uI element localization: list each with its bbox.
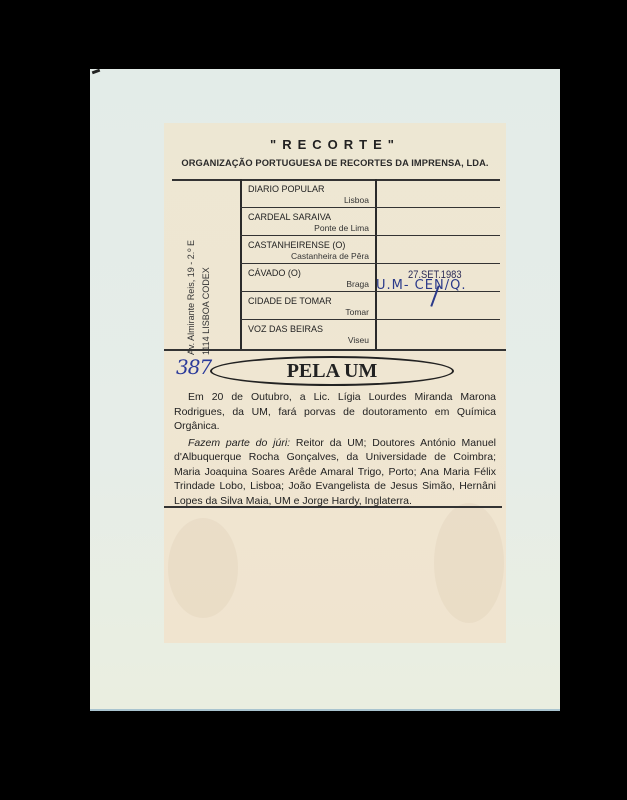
publication-city: Ponte de Lima bbox=[314, 223, 369, 233]
agency-title: "RECORTE" bbox=[164, 137, 506, 152]
publication-row: VOZ DAS BEIRAS Viseu bbox=[240, 320, 375, 348]
publication-name: VOZ DAS BEIRAS bbox=[248, 324, 323, 334]
publication-row: DIARIO POPULAR Lisboa bbox=[240, 180, 375, 208]
jury-lead: Fazem parte do júri: bbox=[188, 437, 290, 449]
publication-city: Viseu bbox=[348, 335, 369, 345]
publication-city: Castanheira de Pêra bbox=[291, 251, 369, 261]
paper-stain bbox=[434, 503, 504, 623]
handwritten-code: U.M- CEN/Q. bbox=[376, 278, 466, 293]
publication-name: DIARIO POPULAR bbox=[248, 184, 325, 194]
publication-name: CASTANHEIRENSE (O) bbox=[248, 240, 345, 250]
table-divider-right bbox=[375, 179, 377, 349]
publication-name: CARDEAL SARAIVA bbox=[248, 212, 331, 222]
agency-address: Av. Almirante Reis, 19 - 2.º E 1114 LISB… bbox=[184, 175, 224, 355]
publication-row: CARDEAL SARAIVA Ponte de Lima bbox=[240, 208, 375, 236]
publication-city: Lisboa bbox=[344, 195, 369, 205]
publication-row: CASTANHEIRENSE (O) Castanheira de Pêra bbox=[240, 236, 375, 264]
paper-stain bbox=[168, 518, 238, 618]
agency-subtitle: ORGANIZAÇÃO PORTUGUESA DE RECORTES DA IM… bbox=[164, 158, 506, 168]
press-clipping: "RECORTE" ORGANIZAÇÃO PORTUGUESA DE RECO… bbox=[164, 123, 506, 643]
article-paragraph: Fazem parte do júri: Reitor da UM; Douto… bbox=[174, 436, 496, 509]
publication-row: CÁVADO (O) Braga bbox=[240, 264, 375, 292]
article-paragraph: Em 20 de Outubro, a Lic. Lígia Lourdes M… bbox=[174, 390, 496, 434]
publication-name: CÁVADO (O) bbox=[248, 268, 301, 278]
publication-name: CIDADE DE TOMAR bbox=[248, 296, 332, 306]
handwritten-number: 387 bbox=[176, 355, 211, 379]
publication-row: CIDADE DE TOMAR Tomar bbox=[240, 292, 375, 320]
article-bottom-rule bbox=[164, 506, 502, 508]
publication-city: Tomar bbox=[345, 307, 369, 317]
article-headline: PELA UM bbox=[210, 356, 454, 386]
publication-city: Braga bbox=[346, 279, 369, 289]
address-line-2: 1114 LISBOA CODEX bbox=[199, 175, 214, 355]
article-body: Em 20 de Outubro, a Lic. Lígia Lourdes M… bbox=[174, 390, 496, 510]
address-line-1: Av. Almirante Reis, 19 - 2.º E bbox=[184, 175, 199, 355]
